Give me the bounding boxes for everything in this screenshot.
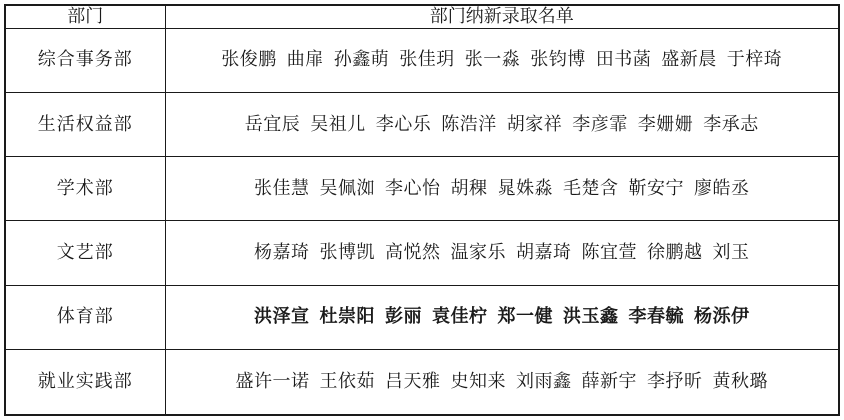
table-row: 体育部洪泽宣 杜崇阳 彭丽 袁佳柠 郑一健 洪玉鑫 李春毓 杨泺伊	[5, 285, 839, 349]
dept-cell: 学术部	[5, 157, 165, 221]
names-cell: 盛许一诺 王依茹 吕天雅 史知来 刘雨鑫 薛新宇 李抒昕 黄秋璐	[165, 349, 839, 415]
table-row: 学术部张佳慧 吴佩洳 李心怡 胡稞 晁姝淼 毛楚含 靳安宁 廖皓丞	[5, 157, 839, 221]
dept-cell: 体育部	[5, 285, 165, 349]
table-row: 综合事务部张俊鹏 曲扉 孙鑫萌 张佳玥 张一淼 张钧博 田书菡 盛新晨 于梓琦	[5, 28, 839, 92]
names-cell: 杨嘉琦 张博凯 高悦然 温家乐 胡嘉琦 陈宜萱 徐鹏越 刘玉	[165, 221, 839, 285]
table-row: 文艺部杨嘉琦 张博凯 高悦然 温家乐 胡嘉琦 陈宜萱 徐鹏越 刘玉	[5, 221, 839, 285]
dept-cell: 生活权益部	[5, 92, 165, 156]
header-row: 部门 部门纳新录取名单	[5, 5, 839, 28]
table-row: 就业实践部盛许一诺 王依茹 吕天雅 史知来 刘雨鑫 薛新宇 李抒昕 黄秋璐	[5, 349, 839, 415]
names-cell: 张佳慧 吴佩洳 李心怡 胡稞 晁姝淼 毛楚含 靳安宁 廖皓丞	[165, 157, 839, 221]
dept-cell: 综合事务部	[5, 28, 165, 92]
document-page: 部门 部门纳新录取名单 综合事务部张俊鹏 曲扉 孙鑫萌 张佳玥 张一淼 张钧博 …	[0, 0, 844, 420]
dept-column-header: 部门	[5, 5, 165, 28]
dept-cell: 就业实践部	[5, 349, 165, 415]
names-cell: 洪泽宣 杜崇阳 彭丽 袁佳柠 郑一健 洪玉鑫 李春毓 杨泺伊	[165, 285, 839, 349]
dept-cell: 文艺部	[5, 221, 165, 285]
names-cell: 岳宜辰 吴祖儿 李心乐 陈浩洋 胡家祥 李彦霏 李姗姗 李承志	[165, 92, 839, 156]
table-row: 生活权益部岳宜辰 吴祖儿 李心乐 陈浩洋 胡家祥 李彦霏 李姗姗 李承志	[5, 92, 839, 156]
admission-table: 部门 部门纳新录取名单 综合事务部张俊鹏 曲扉 孙鑫萌 张佳玥 张一淼 张钧博 …	[4, 4, 840, 416]
names-cell: 张俊鹏 曲扉 孙鑫萌 张佳玥 张一淼 张钧博 田书菡 盛新晨 于梓琦	[165, 28, 839, 92]
list-column-header: 部门纳新录取名单	[165, 5, 839, 28]
